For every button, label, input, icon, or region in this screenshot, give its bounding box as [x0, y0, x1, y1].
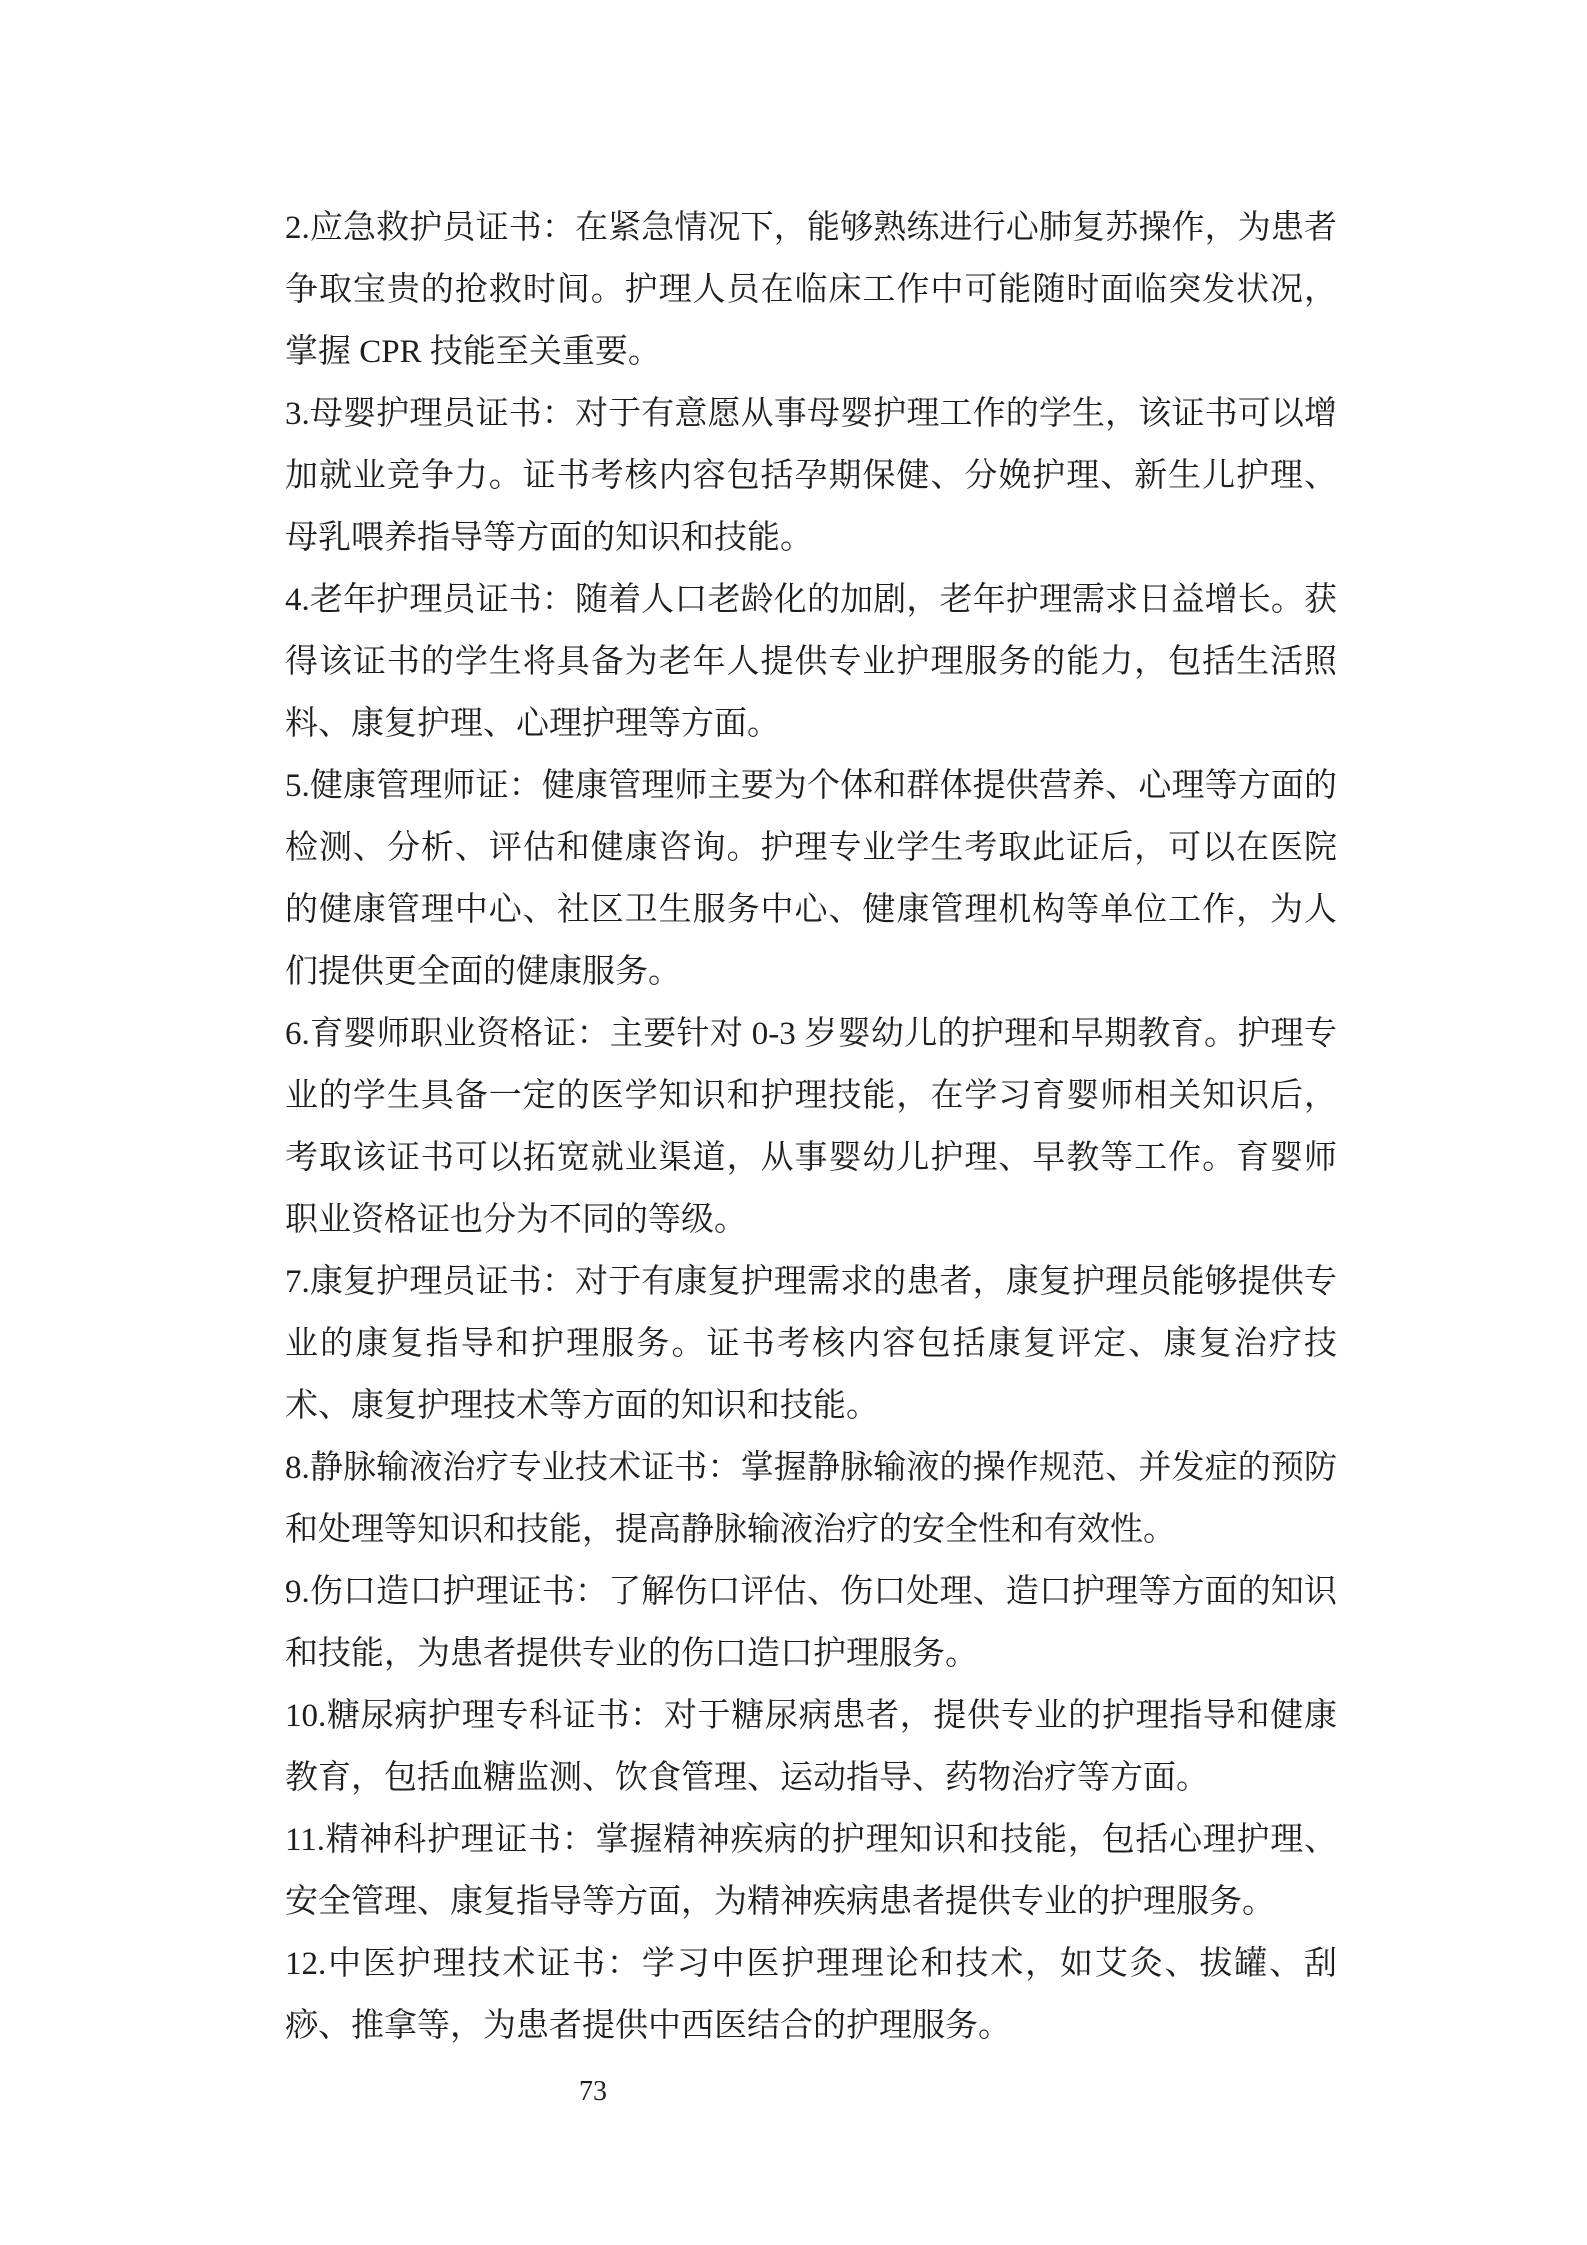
paragraph: 3.母婴护理员证书：对于有意愿从事母婴护理工作的学生，该证书可以增加就业竞争力。… — [285, 383, 1337, 569]
paragraph: 12.中医护理技术证书：学习中医护理理论和技术，如艾灸、拔罐、刮痧、推拿等，为患… — [285, 1933, 1337, 2057]
paragraph: 9.伤口造口护理证书：了解伤口评估、伤口处理、造口护理等方面的知识和技能，为患者… — [285, 1561, 1337, 1685]
paragraph: 11.精神科护理证书：掌握精神疾病的护理知识和技能，包括心理护理、安全管理、康复… — [285, 1809, 1337, 1933]
paragraph: 10.糖尿病护理专科证书：对于糖尿病患者，提供专业的护理指导和健康教育，包括血糖… — [285, 1685, 1337, 1809]
page-number: 73 — [553, 2072, 633, 2112]
paragraph: 2.应急救护员证书：在紧急情况下，能够熟练进行心肺复苏操作，为患者争取宝贵的抢救… — [285, 197, 1337, 383]
paragraph: 6.育婴师职业资格证：主要针对 0-3 岁婴幼儿的护理和早期教育。护理专业的学生… — [285, 1003, 1337, 1251]
document-page: 2.应急救护员证书：在紧急情况下，能够熟练进行心肺复苏操作，为患者争取宝贵的抢救… — [0, 0, 1587, 2245]
paragraph: 8.静脉输液治疗专业技术证书：掌握静脉输液的操作规范、并发症的预防和处理等知识和… — [285, 1437, 1337, 1561]
paragraph: 7.康复护理员证书：对于有康复护理需求的患者，康复护理员能够提供专业的康复指导和… — [285, 1251, 1337, 1437]
paragraph: 4.老年护理员证书：随着人口老龄化的加剧，老年护理需求日益增长。获得该证书的学生… — [285, 569, 1337, 755]
paragraph: 5.健康管理师证：健康管理师主要为个体和群体提供营养、心理等方面的检测、分析、评… — [285, 755, 1337, 1003]
body-text: 2.应急救护员证书：在紧急情况下，能够熟练进行心肺复苏操作，为患者争取宝贵的抢救… — [285, 197, 1337, 2057]
